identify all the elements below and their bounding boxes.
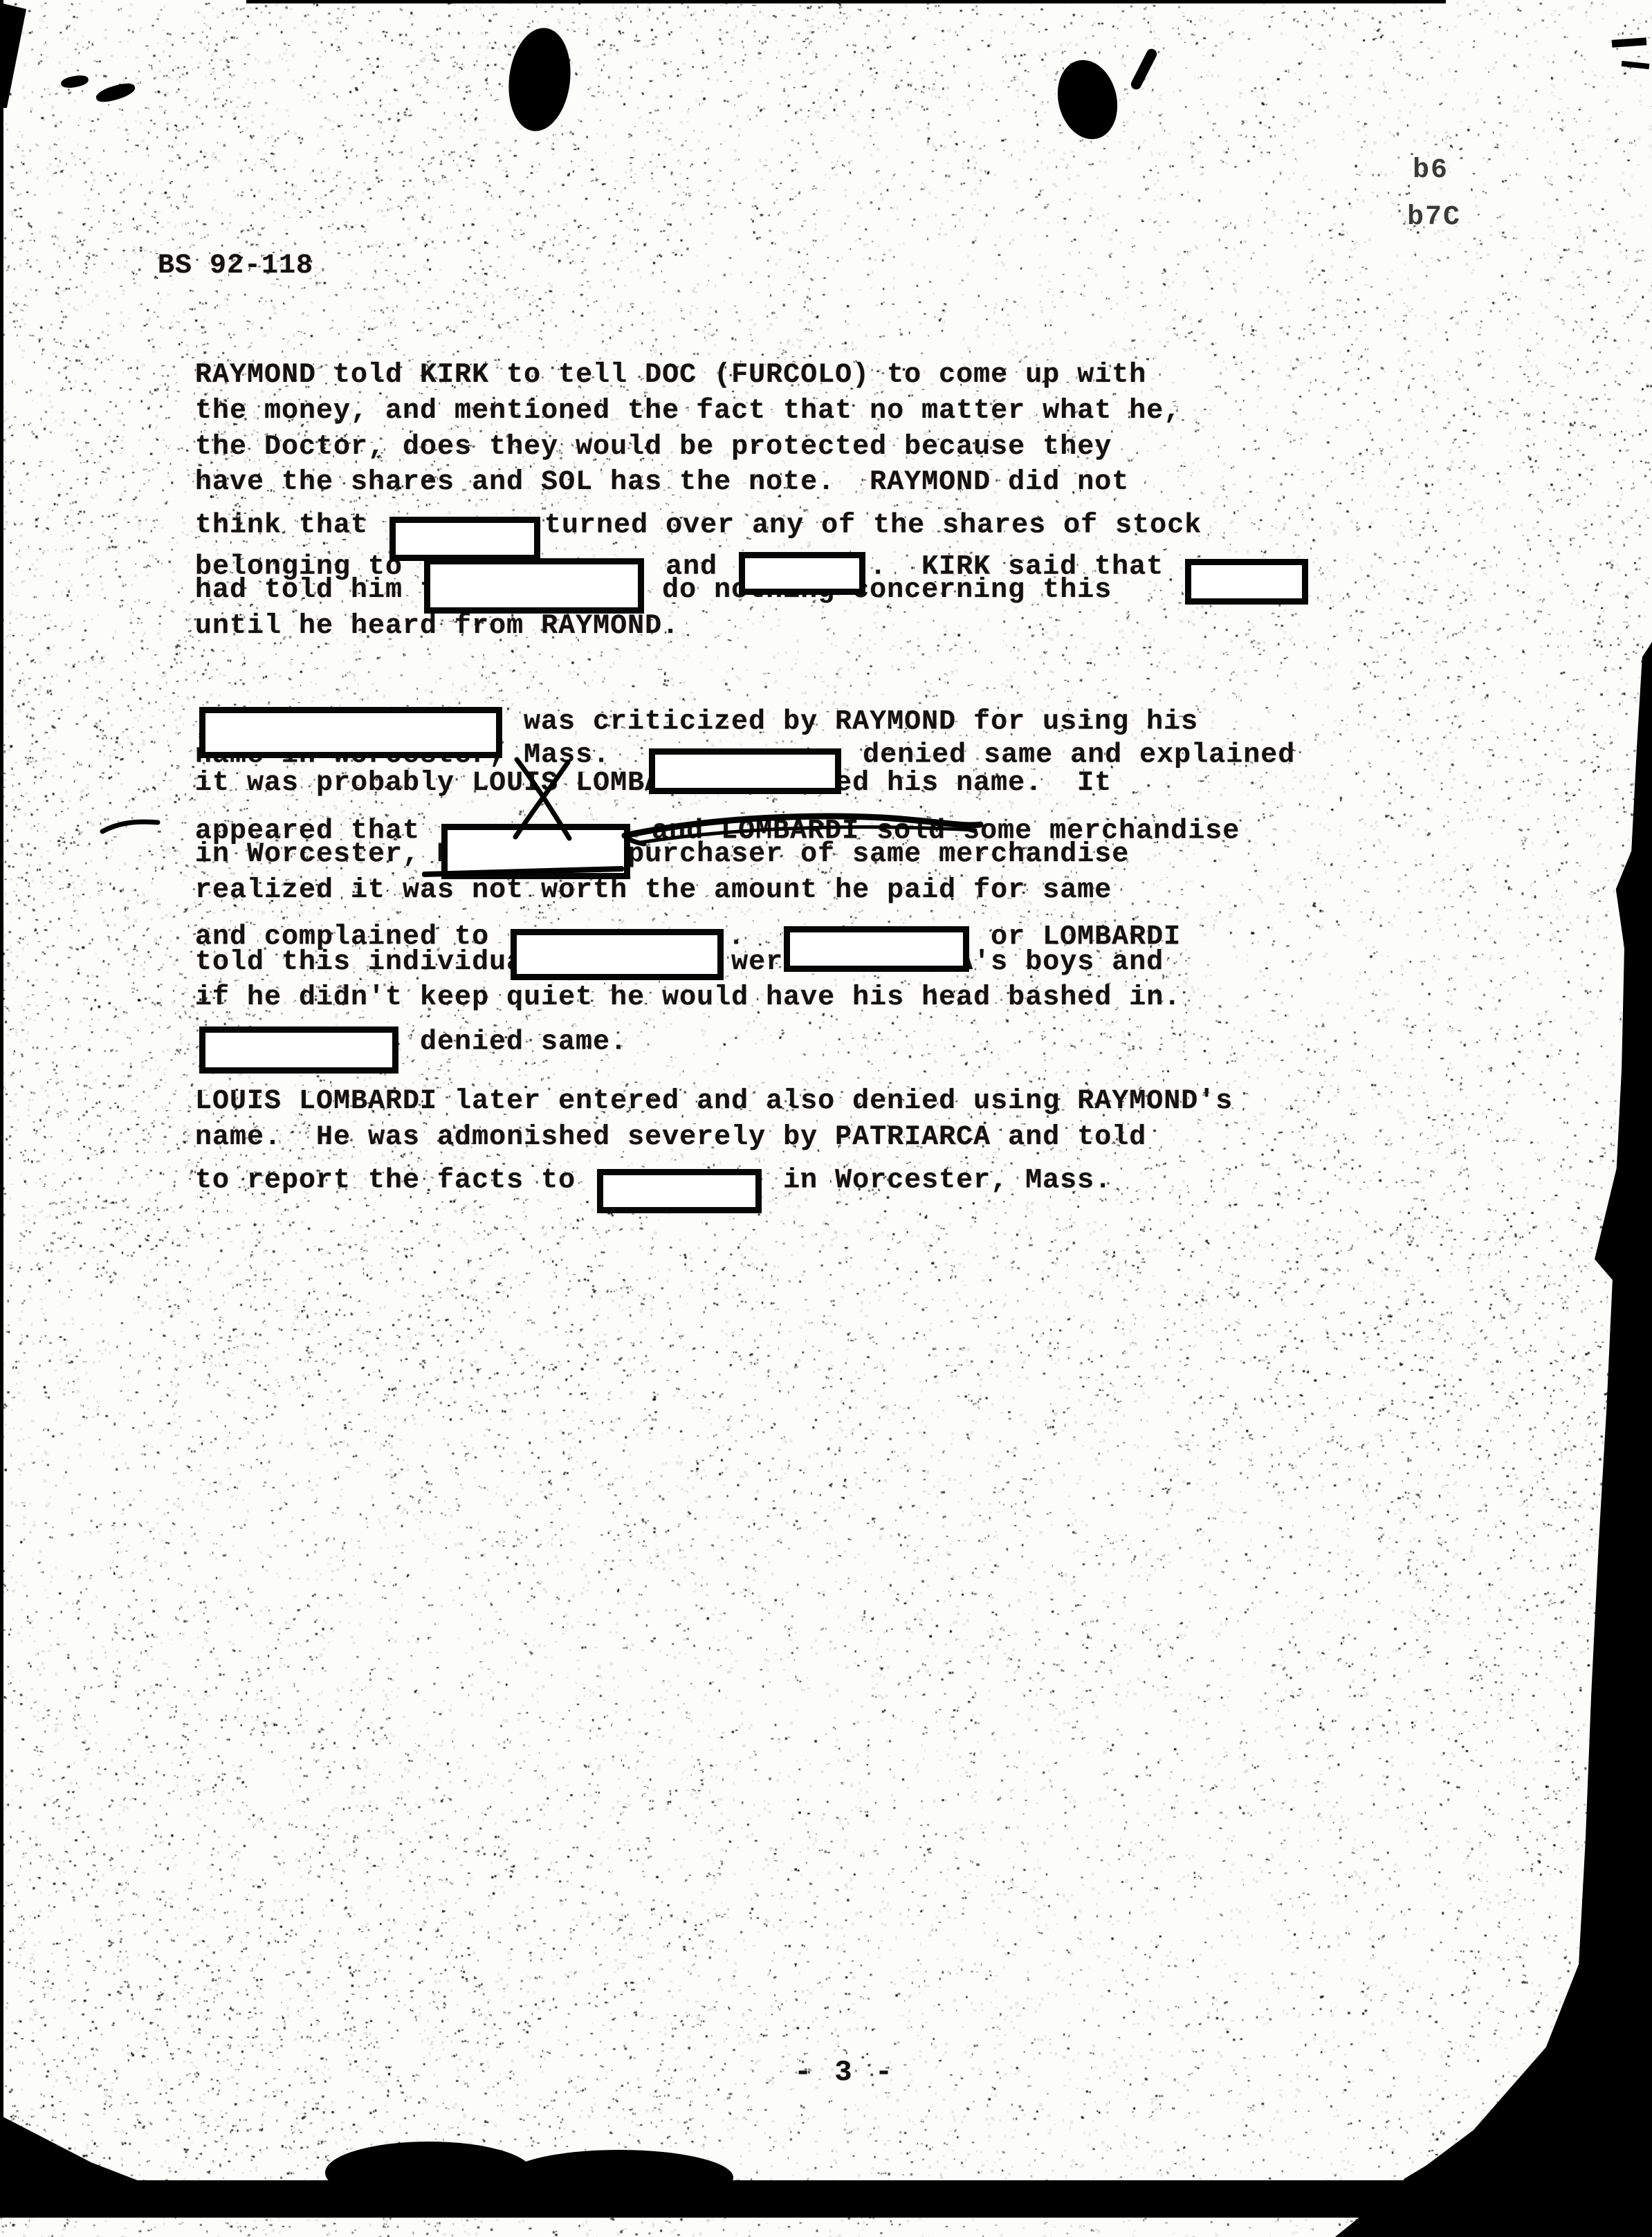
- text-line: if he didn't keep quiet he would have hi…: [195, 982, 1295, 1018]
- paragraph: RAYMOND told KIRK to tell DOC (FURCOLO) …: [195, 360, 1312, 646]
- text-line: realized it was not worth the amount he …: [195, 875, 1295, 911]
- text-line: think that turned over any of the shares…: [195, 503, 1312, 539]
- typed-text: RAYMOND told KIRK to tell DOC (FURCOLO) …: [195, 360, 1146, 391]
- text-line: to report the facts to in Worcester, Mas…: [195, 1158, 1233, 1194]
- typed-text: denied same.: [403, 1027, 627, 1058]
- typed-text: had told him that he would do nothing co…: [195, 575, 1112, 606]
- page-number: - 3 -: [794, 2056, 895, 2089]
- typed-text: realized it was not worth the amount he …: [195, 875, 1112, 906]
- redaction-box: [1185, 559, 1308, 605]
- scan-edge-bottom-blob: [325, 2142, 533, 2204]
- typed-text: name. He was admonished severely by PATR…: [195, 1122, 1146, 1153]
- paragraph: LOUIS LOMBARDI later entered and also de…: [195, 1086, 1233, 1193]
- text-line: told this individual that they were PATR…: [195, 947, 1295, 983]
- exemption-code-b7c: b7C: [1407, 202, 1461, 233]
- margin-dash-icon: [100, 818, 162, 836]
- text-line: the Doctor, does they would be protected…: [195, 432, 1312, 468]
- redaction-box: [424, 558, 644, 614]
- redaction-box: [784, 926, 969, 972]
- scan-edge-left: [0, 0, 3, 2218]
- typed-text: turned over any of the shares of stock: [544, 510, 1202, 542]
- handwritten-x-mark-icon: [508, 755, 578, 842]
- text-line: until he heard from RAYMOND.: [195, 611, 1312, 647]
- text-line: the money, and mentioned the fact that n…: [195, 396, 1312, 432]
- typed-text: think that: [195, 510, 385, 542]
- text-line: was criticized by RAYMOND for using his: [195, 696, 1295, 732]
- text-line: denied same.: [195, 1018, 1295, 1054]
- redaction-box: [739, 552, 865, 595]
- scan-edge-top: [246, 0, 1446, 3]
- scan-edge-bottom-band: [0, 2180, 1652, 2218]
- text-line: name. He was admonished severely by PATR…: [195, 1122, 1233, 1158]
- scan-edge-bottom-blob: [505, 2150, 733, 2205]
- exemption-code-b6: b6: [1413, 155, 1449, 186]
- typed-text: denied same and explained: [845, 739, 1295, 771]
- typed-text: have the shares and SOL has the note. RA…: [195, 467, 1129, 498]
- redaction-box: [649, 748, 841, 794]
- typed-text: the Doctor, does they would be protected…: [195, 432, 1112, 463]
- file-number: BS 92-118: [158, 250, 313, 282]
- text-line: and complained to . or LOMBARDI: [195, 911, 1295, 947]
- typed-text: the money, and mentioned the fact that n…: [195, 396, 1181, 427]
- typed-text: in Worcester, Mass.: [766, 1165, 1112, 1196]
- redaction-box: [511, 929, 724, 980]
- redaction-box: [199, 1027, 398, 1074]
- typed-text: until he heard from RAYMOND.: [195, 611, 679, 642]
- typed-text: LOUIS LOMBARDI later entered and also de…: [195, 1086, 1233, 1117]
- handwritten-scribble-icon: [619, 808, 986, 849]
- redaction-box: [199, 707, 502, 758]
- text-line: belonging to and . KIRK said that: [195, 539, 1312, 575]
- scanned-document-page: BS 92-118 b6 b7C RAYMOND told KIRK to te…: [0, 0, 1652, 2237]
- redaction-box: [389, 517, 540, 561]
- text-line: LOUIS LOMBARDI later entered and also de…: [195, 1086, 1233, 1122]
- redaction-box: [597, 1169, 762, 1213]
- text-line: RAYMOND told KIRK to tell DOC (FURCOLO) …: [195, 360, 1312, 396]
- paragraph: was criticized by RAYMOND for using hisn…: [195, 696, 1295, 1054]
- typed-text: to report the facts to: [195, 1165, 593, 1196]
- typed-text: if he didn't keep quiet he would have hi…: [195, 982, 1181, 1013]
- text-line: have the shares and SOL has the note. RA…: [195, 467, 1312, 503]
